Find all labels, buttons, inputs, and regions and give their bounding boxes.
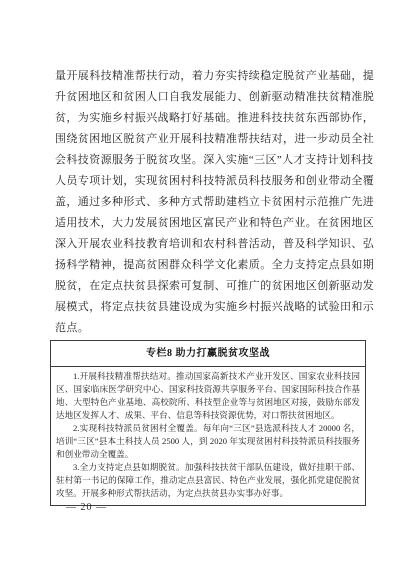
- body-text-line: 脱贫，在定点扶贫县探索可复制、可推广的贫困地区创新驱动发: [55, 276, 371, 297]
- body-text-line: 深入开展农业科技教育培训和农村科普活动，普及科学知识、弘: [55, 234, 371, 255]
- body-text-line: 范点。: [55, 318, 371, 339]
- body-text-line: 升贫困地区和贫困人口自我发展能力、创新驱动精准扶贫精准脱: [55, 87, 371, 108]
- page-number: — 20 —: [66, 502, 107, 513]
- body-text-line: 展模式，将定点扶贫县建设成为实施乡村振兴战略的试验田和示: [55, 297, 371, 318]
- column-box-title: 专栏8 助力打赢脱贫攻坚战: [51, 341, 365, 367]
- column-box-paragraph: 1.开展科技精准帮扶结对。推动国家高新技术产业开发区、国家农业科技园区、国家临床…: [56, 370, 360, 422]
- column-box-body: 1.开展科技精准帮扶结对。推动国家高新技术产业开发区、国家农业科技园区、国家临床…: [51, 367, 365, 505]
- body-text-line: 会科技资源服务于脱贫攻坚。深入实施“三区”人才支持计划科技: [55, 150, 371, 171]
- body-text-line: 人员专项计划，实现贫困村科技特派员科技服务和创业带动全覆: [55, 171, 371, 192]
- column-box-paragraph: 2.实现科技特派员贫困村全覆盖。每年向“三区”县选派科技人才 20000 名，培…: [56, 422, 360, 461]
- body-text-line: 扬科学精神，提高贫困群众科学文化素质。全力支持定点县如期: [55, 255, 371, 276]
- body-text-line: 量开展科技精准帮扶行动，着力夯实持续稳定脱贫产业基础，提: [55, 66, 371, 87]
- body-text-line: 盖，通过多种形式、多种方式帮助建档立卡贫困村示范推广先进: [55, 192, 371, 213]
- column-box: 专栏8 助力打赢脱贫攻坚战 1.开展科技精准帮扶结对。推动国家高新技术产业开发区…: [50, 340, 366, 506]
- body-text-line: 围绕贫困地区脱贫产业开展科技精准帮扶结对，进一步动员全社: [55, 129, 371, 150]
- document-page: 量开展科技精准帮扶行动，着力夯实持续稳定脱贫产业基础，提 升贫困地区和贫困人口自…: [0, 0, 400, 565]
- body-text-line: 适用技术，大力发展贫困地区富民产业和特色产业。在贫困地区: [55, 213, 371, 234]
- body-paragraph: 量开展科技精准帮扶行动，着力夯实持续稳定脱贫产业基础，提 升贫困地区和贫困人口自…: [55, 66, 371, 339]
- body-text-line: 贫，为实施乡村振兴战略打好基础。推进科技扶贫东西部协作，: [55, 108, 371, 129]
- column-box-paragraph: 3.全力支持定点县如期脱贫。加强科技扶贫干部队伍建设，做好挂职干部、驻村第一书记…: [56, 461, 360, 500]
